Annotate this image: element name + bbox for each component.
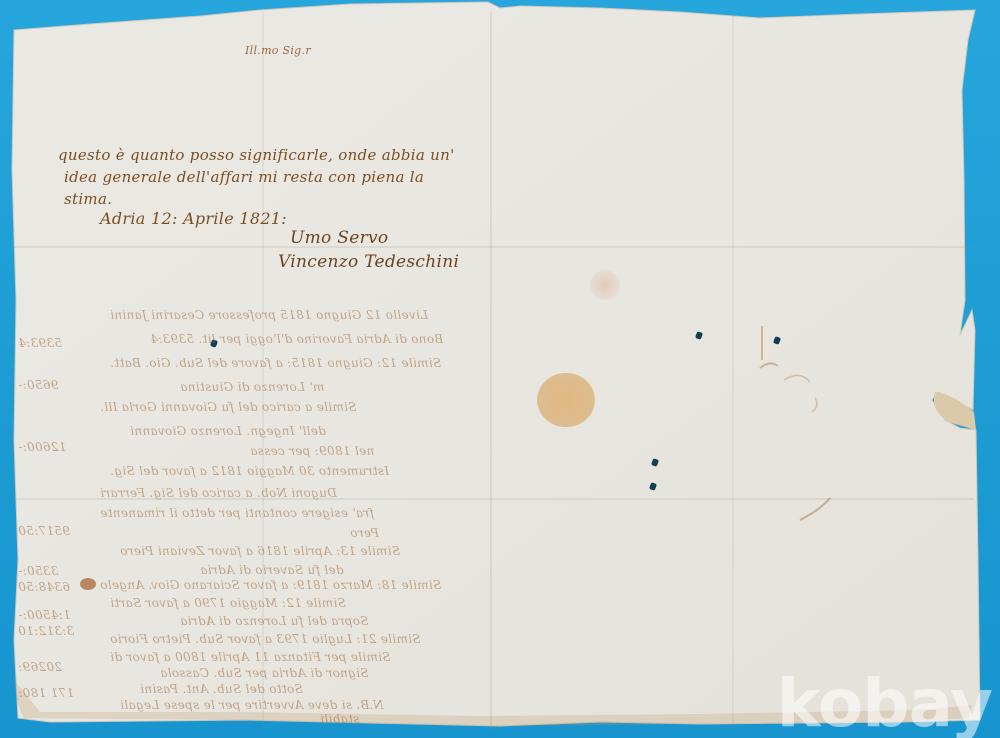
- bleed-line: del fu Saverio di Adria: [200, 563, 344, 577]
- bleed-amount: 9650:-: [18, 378, 58, 392]
- bleed-amount: 6348:50: [18, 580, 70, 594]
- bleed-line: Sotto del Sub. Ant. Pasini: [140, 682, 303, 696]
- bleed-line: Pero: [350, 526, 379, 540]
- bleed-amount: 1:4500:-: [18, 608, 71, 622]
- stain: [590, 270, 620, 300]
- bleed-line: fra' esigere contanti per detto il riman…: [100, 506, 374, 520]
- bleed-line: Simile 18: Marzo 1819: a favor Sciarano …: [100, 578, 441, 592]
- bleed-amount: 20269:: [18, 660, 62, 674]
- bleed-line: Livello 12 Giugno 1815 professore Cesari…: [110, 308, 428, 322]
- letter-line-2: idea generale dell'affari mi resta con p…: [64, 168, 424, 186]
- bleed-line: nel 1809: per cessa: [250, 444, 374, 458]
- closing: Umo Servo: [290, 228, 388, 248]
- bleed-amount: 171 180:: [18, 686, 74, 700]
- bleed-line: m' Lorenzo di Giustina: [180, 380, 324, 394]
- bleed-line: Dugoni Nob. a carico del Sig. Ferrari: [100, 486, 337, 500]
- bleed-line: dell' Ingegn. Lorenzo Giovanni: [130, 424, 326, 438]
- bleed-line: Simile 21: Luglio 1793 a favor Sub. Piet…: [110, 632, 420, 646]
- bleed-amount: 5393:4: [18, 336, 62, 350]
- signature: Vincenzo Tedeschini: [278, 252, 459, 272]
- bleed-line: Simile per Fitanza 11 Aprile 1800 a favo…: [110, 650, 390, 664]
- bleed-line: Istrumento 30 Maggio 1812 a favor del Si…: [110, 464, 389, 478]
- bleed-line: Simile 13: Aprile 1816 a favor Zeviani P…: [120, 544, 400, 558]
- bleed-line: Simile a carico del fu Giovanni Gorla Il…: [100, 400, 357, 414]
- letter-line-1: questo è quanto posso significarle, onde…: [58, 146, 455, 164]
- bleed-line: Bono di Adria Favorino d'l'oggi per lit.…: [150, 332, 443, 346]
- bleed-line: Simile 12: Maggio 1790 a favor Sarti: [110, 596, 346, 610]
- bleed-line: Simile 12: Giugno 1815: a favore del Sub…: [110, 356, 441, 370]
- date-line: Adria 12: Aprile 1821:: [100, 209, 287, 228]
- stain: [80, 578, 96, 590]
- bleed-amount: 12600:-: [18, 440, 66, 454]
- kobay-watermark: kobay: [777, 665, 992, 738]
- fold-line: [14, 246, 974, 248]
- bleed-line: Signor di Adria per Sub. Cassola: [160, 666, 369, 680]
- letter-sheet: Ill.mo Sig.r questo è quanto posso signi…: [0, 0, 1000, 738]
- bleed-line: N.B. si deve Avvertire per le spese Lega…: [120, 698, 383, 712]
- bleed-amount: 3350:-: [18, 564, 58, 578]
- letter-line-3: stima.: [64, 190, 112, 208]
- stain: [537, 373, 595, 427]
- center-fold: [490, 12, 492, 730]
- bleed-line: stabili: [320, 712, 359, 726]
- salutation-header: Ill.mo Sig.r: [245, 44, 311, 57]
- bleed-amount: 9517:50: [18, 524, 70, 538]
- bleed-line: Sopra del fu Lorenzo di Adria: [180, 614, 368, 628]
- bleed-amount: 3:312:10: [18, 624, 74, 638]
- faint-marks: [720, 320, 880, 540]
